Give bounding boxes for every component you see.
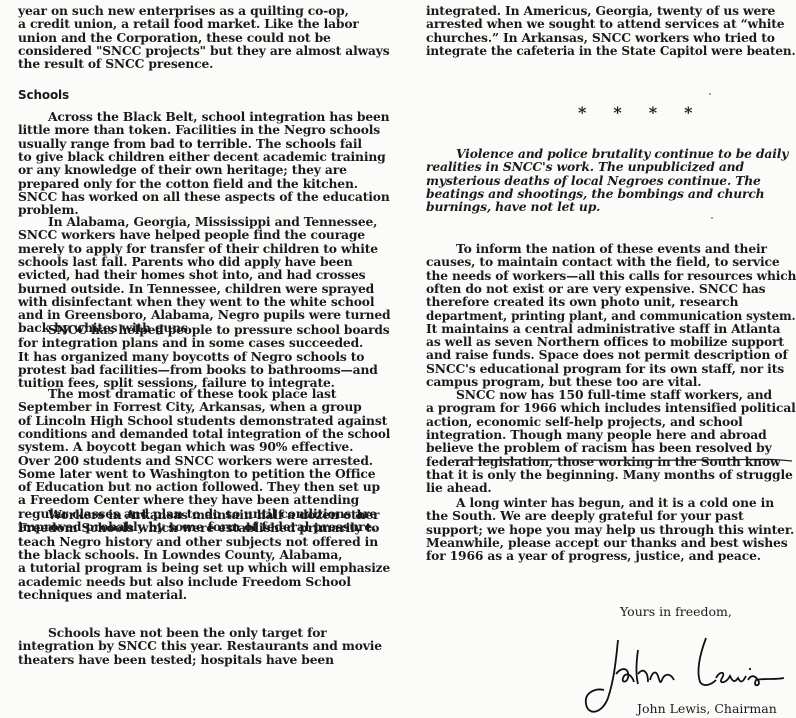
text-line: theaters have been tested; hospitals hav… <box>18 653 334 667</box>
text-line: the result of SNCC presence. <box>18 57 213 71</box>
handwritten-underline-mark <box>454 457 792 463</box>
print-speck <box>709 93 711 95</box>
text-line: for 1966 as a year of progress, justice,… <box>426 549 761 563</box>
print-speck <box>711 217 713 219</box>
section-separator-stars: **** <box>578 103 719 122</box>
closing-salutation: Yours in freedom, <box>620 604 732 619</box>
section-heading-schools: Schools <box>18 88 69 102</box>
text-line: integrate the cafeteria in the State Cap… <box>426 44 796 58</box>
text-line: lie ahead. <box>426 481 492 495</box>
signatory-name: John Lewis, Chairman <box>637 701 777 716</box>
italic-text-line: burnings, have not let up. <box>426 200 600 214</box>
text-line: techniques and material. <box>18 588 187 602</box>
